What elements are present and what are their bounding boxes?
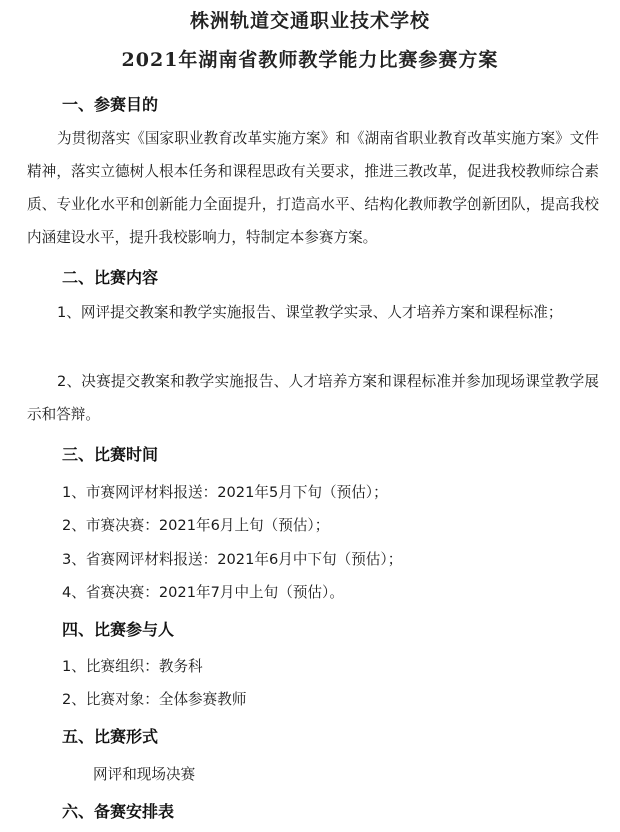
section-heading-time: 三、比赛时间	[62, 442, 158, 465]
document-title: 2021年湖南省教师教学能力比赛参赛方案	[0, 45, 620, 72]
participants-item-1: 1、比赛组织：教务科	[62, 655, 203, 676]
format-item: 网评和现场决赛	[93, 763, 195, 784]
time-item-4: 4、省赛决赛：2021年7月中上旬（预估）。	[62, 581, 344, 602]
content-paragraph-2: 2、决赛提交教案和教学实施报告、人才培养方案和课程标准并参加现场课堂教学展示和答…	[27, 365, 599, 431]
section-heading-participants: 四、比赛参与人	[62, 617, 174, 640]
time-item-1: 1、市赛网评材料报送：2021年5月下旬（预估）；	[62, 481, 388, 502]
section-heading-format: 五、比赛形式	[62, 724, 158, 747]
section-heading-content: 二、比赛内容	[62, 265, 158, 288]
section-heading-schedule: 六、备赛安排表	[62, 799, 174, 822]
school-title: 株洲轨道交通职业技术学校	[0, 6, 620, 33]
section-heading-purpose: 一、参赛目的	[62, 92, 158, 115]
content-paragraph-1: 1、网评提交教案和教学实施报告、课堂教学实录、人才培养方案和课程标准；	[27, 296, 599, 329]
time-item-3: 3、省赛网评材料报送：2021年6月中下旬（预估）；	[62, 548, 402, 569]
purpose-paragraph: 为贯彻落实《国家职业教育改革实施方案》和《湖南省职业教育改革实施方案》文件精神，…	[27, 122, 599, 254]
participants-item-2: 2、比赛对象：全体参赛教师	[62, 688, 246, 709]
time-item-2: 2、市赛决赛：2021年6月上旬（预估）；	[62, 514, 329, 535]
